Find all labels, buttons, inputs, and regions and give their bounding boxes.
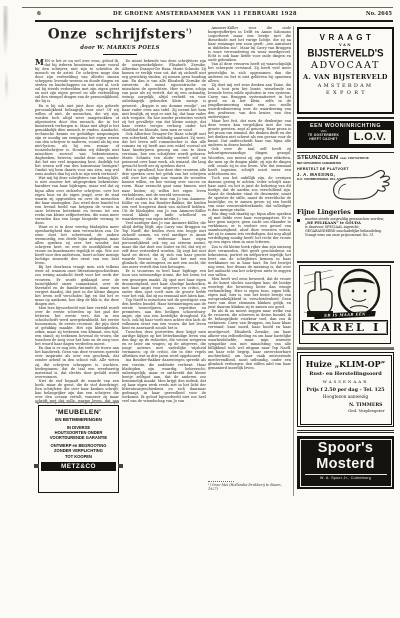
steunzolen-title: STEUNZOLEN naar VOETAFDRUK (297, 155, 394, 161)
footnote: ¹) Onze Mei (Hollandia-Drukkerij te Baar… (208, 481, 291, 491)
paragraph: Veel aardiger dan Jo van Ammers-Küller, … (122, 221, 206, 270)
scan-smudge (4, 70, 9, 100)
article-column-1: MEN is het er nu wel over eens, geloof i… (35, 59, 119, 404)
ad-metz: 'MEUBELEN' EN BETIMMERINGEN IN DIVERSE H… (38, 405, 119, 493)
paragraph: Men heeft wel eens beweerd, dat de vrouw… (208, 277, 291, 309)
paragraph: En dan is er nog iets, dat treft: de tro… (35, 346, 119, 378)
ad-divider (297, 261, 394, 264)
ad-divider (297, 430, 394, 433)
klimop-price: Prijs f 2.50 per dag - Tel. 125 (301, 387, 391, 393)
paragraph: De minst bekende van deze schrijfsters z… (122, 59, 206, 132)
paragraph: Ammers-Küller voor die oude burgerjuffer… (208, 26, 291, 62)
paragraph: Zij doet mij wel eens denken aan Taine, … (208, 83, 291, 119)
metz-subline: EN BETIMMERINGEN (41, 417, 116, 422)
paragraph: Ina Boudier-Bakker daarentegen spreekt a… (122, 358, 206, 403)
spoors-brand-2: Mosterd (301, 457, 391, 473)
paragraph: Tusschen deze portretten door krijgt men… (122, 330, 206, 358)
paragraph: Van al deze vrouwen heeft zij waarschijn… (208, 62, 291, 82)
newspaper-page: 6 DE GROENE AMSTERDAMMER VAN 11 FEBRUARI… (0, 0, 400, 618)
paragraph: Er is trouwens in heel haar bijdrage een… (122, 269, 206, 297)
paragraph: Bij het doorlezen vraagt men zich telken… (35, 265, 119, 305)
paragraph: Niet de stof bepaalt de waarde van een b… (35, 379, 119, 404)
klimop-place: WASSENAAR (301, 379, 391, 384)
lead-text: EN is het er nu wel over eens, geloof ik… (35, 59, 119, 103)
lingeries-bar (354, 210, 394, 215)
bijsterveld-export: EXPORT (299, 90, 392, 96)
paragraph: En is hij ook niet juist door zijn gehee… (35, 104, 119, 177)
footnote-text: ¹) Onze Mei (Hollandia-Drukkerij te Baar… (208, 483, 282, 491)
article-column-3: Ammers-Küller voor die oude burgerjuffer… (208, 26, 291, 478)
title-text: Onze schrijfsters (48, 27, 186, 43)
scan-smudge (3, 6, 9, 58)
header-top-rule (22, 7, 393, 8)
ad-divider (297, 117, 394, 120)
bijsterveld-brand: BIJSTERVELD'S (299, 47, 392, 60)
paragraph: Men leze bijvoorbeeld wat hier verteld w… (35, 306, 119, 346)
bijsterveld-vraagt: VRAAGT (299, 33, 392, 42)
paragraph: MEN is het er nu wel over eens, geloof i… (35, 59, 119, 104)
karel-brand-name: KAREL I (302, 320, 388, 336)
bijsterveld-maker: A. VAN BIJSTERVELD (299, 73, 392, 81)
paragraph: Ook over de taal zelf heeft zij behartig… (208, 147, 291, 175)
byline: door W. MARKUS POELS (35, 45, 205, 51)
paragraph: Heel anders is de toon van Jo van Ammers… (122, 197, 206, 221)
lingeries-title: Fijne Lingeries (297, 208, 351, 216)
ad-lov-wooninrichting: EEN WOONINRICHTING VAN TE OOSTERBEEK HEE… (297, 121, 394, 148)
spoors-maker: W. A. Spoor Jr., Culemborg (305, 474, 387, 480)
spoors-brand-1: Spoor's (301, 441, 391, 457)
metz-text-line: TOT KOOPEN (41, 454, 116, 459)
column-divider-rule (293, 26, 294, 496)
paragraph: Eén ding valt daarbij op: bijna allen sp… (208, 212, 291, 244)
hand-and-portrait-illustration (302, 268, 388, 318)
ad-divider (297, 152, 394, 153)
paragraph: Want er is in deze veertig bladzijden me… (35, 225, 119, 265)
ad-divider (297, 347, 394, 350)
scan-edge-artifact (0, 0, 3, 592)
paragraph: En als ik nu moest zeggen naar welke van… (208, 309, 291, 370)
paragraph: Wat mij bij deze schrijfsters van belang… (35, 176, 119, 225)
masthead: DE GROENE AMSTERDAMMER VAN 11 FEBRUARI 1… (60, 11, 350, 17)
title-rule (103, 54, 137, 55)
bijsterveld-product: ADVOCAAT (299, 60, 392, 71)
klimop-owner-title: Ged. Verpleegster (301, 408, 391, 413)
ad-bijsterveld-advocaat: VRAAGT VAN BIJSTERVELD'S ADVOCAAT A. VAN… (297, 27, 394, 114)
paragraph: Het is opvallend, hoe deze drie vrouwen … (122, 168, 206, 196)
article-title-block: Onze schrijfsters¹) door W. MARKUS POELS (35, 24, 205, 55)
metz-headline: 'MEUBELEN' (41, 409, 116, 416)
paragraph: Toch zou het onbillijk zijn, de overigen… (208, 176, 291, 212)
paragraph: Zoo is dit kleine boek rijker dan zijn o… (208, 245, 291, 277)
footnote-rule (208, 481, 234, 482)
lingeries-square (297, 219, 300, 222)
lingeries-text: Vraagt eens om onze prijscourant No. 51 (305, 234, 392, 238)
paragraph: Maar het feit, dat men de denkwijze van … (208, 119, 291, 147)
bijsterveld-city: AMSTERDAM (299, 83, 392, 89)
ad-huize-klim-op: Huize „KLIM-OP” Rust- en Herstellingsoor… (297, 352, 394, 427)
article-column-2: De minst bekende van deze schrijfsters z… (122, 59, 206, 492)
issue-number: No. 2645 (332, 11, 392, 17)
metz-logo-text: METZ&CO (61, 463, 96, 470)
lov-logo: L.O.V. (348, 129, 392, 145)
column-end-rule (35, 402, 119, 403)
page-number: 6 (37, 11, 41, 17)
klimop-feature: Hoogtezon aanwezig (301, 395, 391, 400)
header-double-rule (35, 20, 393, 22)
foot-sole-illustration (330, 163, 396, 207)
title-footnote-marker: ¹) (186, 28, 192, 35)
metz-ornament (34, 464, 39, 468)
lov-headline: EEN WOONINRICHTING (299, 123, 392, 129)
ad-steunzolen-massing: STEUNZOLEN naar VOETAFDRUK MET GIPSAFDRU… (297, 155, 394, 205)
metz-logo: METZ&CO (41, 462, 116, 471)
article-title: Onze schrijfsters¹) (35, 24, 205, 43)
klimop-title: Huize „KLIM-OP” (301, 359, 391, 369)
ad-karel-1-sigaren: ER IS MAAR ÉÉN KAREL I (299, 265, 391, 344)
klimop-subtitle: Rust- en Herstellingsoord (301, 371, 391, 377)
ad-pelikaan-lingeries: Fijne Lingeries moeten steeds zorgvuldig… (297, 208, 394, 258)
lov-cachet: HEEFT CACHET (299, 137, 348, 141)
metz-ornament (118, 464, 123, 468)
paragraph: Ook Albertine Draayer-De Haas schrijft m… (122, 132, 206, 168)
paragraph: Top Naeff is misschien wel de geestigste… (122, 298, 206, 330)
ad-spoors-mosterd: Spoor's Mosterd W. A. Spoor Jr., Culembo… (297, 436, 394, 489)
metz-text-line: VOORTDURENDE GARANTIE (41, 435, 116, 440)
